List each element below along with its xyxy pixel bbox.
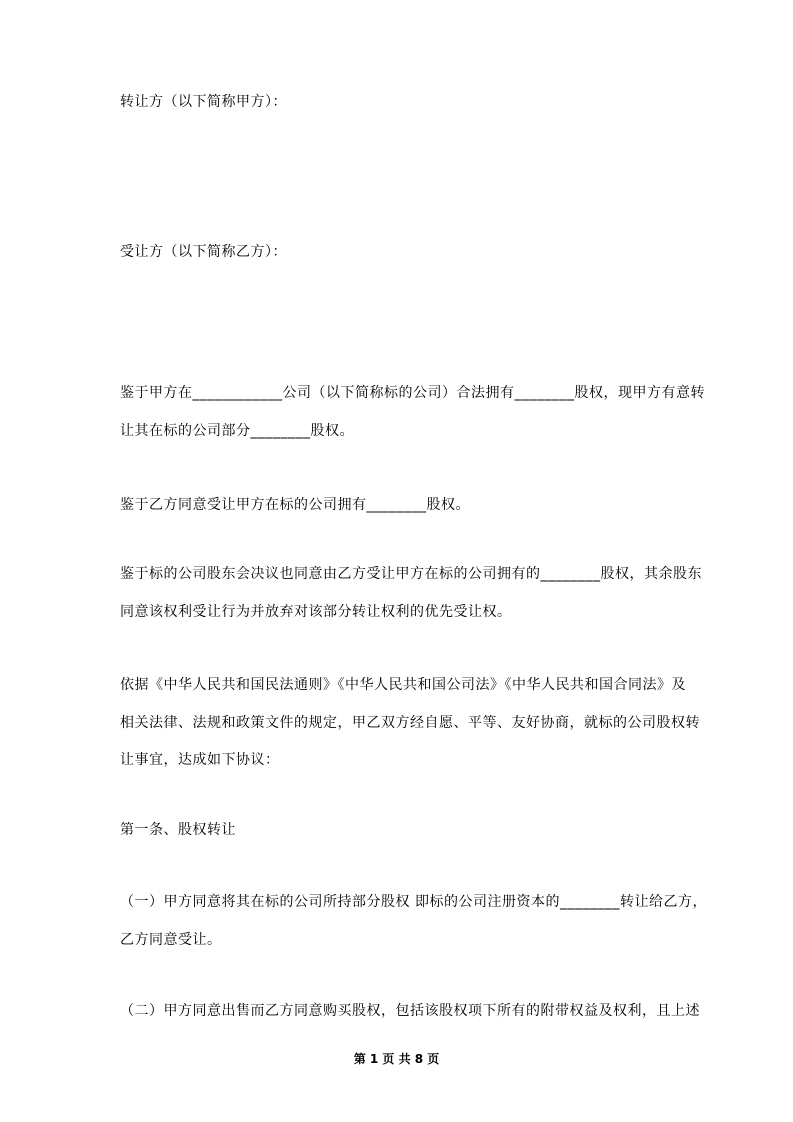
clause-1-item-1-line-2: 乙方同意受让。 [120,921,222,959]
recital-3-line-1: 鉴于标的公司股东会决议也同意由乙方受让甲方在标的公司拥有的________股权，… [120,555,702,593]
clause-1-heading: 第一条、股权转让 [120,811,236,849]
recital-1-line-2: 让其在标的公司部分________股权。 [120,412,354,450]
clause-1-item-1-line-1: （一）甲方同意将其在标的公司所持部分股权 即标的公司注册资本的________转… [120,883,707,921]
party-a-line: 转让方（以下简称甲方）： [120,83,287,121]
page-number-footer: 第 1 页 共 8 页 [0,1050,793,1068]
recital-4-line-3: 让事宜，达成如下协议： [120,741,280,779]
party-b-line: 受让方（以下简称乙方）： [120,233,287,271]
contract-document-page: 转让方（以下简称甲方）： 受让方（以下简称乙方）： 鉴于甲方在_________… [0,0,793,1122]
recital-1-line-1: 鉴于甲方在____________公司（以下简称标的公司）合法拥有_______… [120,374,705,412]
clause-1-item-2-line: （二）甲方同意出售而乙方同意购买股权，包括该股权项下所有的附带权益及权利，且上述 [120,992,700,1030]
recital-2-line: 鉴于乙方同意受让甲方在标的公司拥有________股权。 [120,486,470,524]
recital-4-line-2: 相关法律、法规和政策文件的规定，甲乙双方经自愿、平等、友好协商，就标的公司股权转 [120,704,700,742]
recital-4-line-1: 依据《中华人民共和国民法通则》《中华人民共和国公司法》《中华人民共和国合同法》及 [120,666,686,704]
recital-3-line-2: 同意该权利受让行为并放弃对该部分转让权利的优先受让权。 [120,593,512,631]
